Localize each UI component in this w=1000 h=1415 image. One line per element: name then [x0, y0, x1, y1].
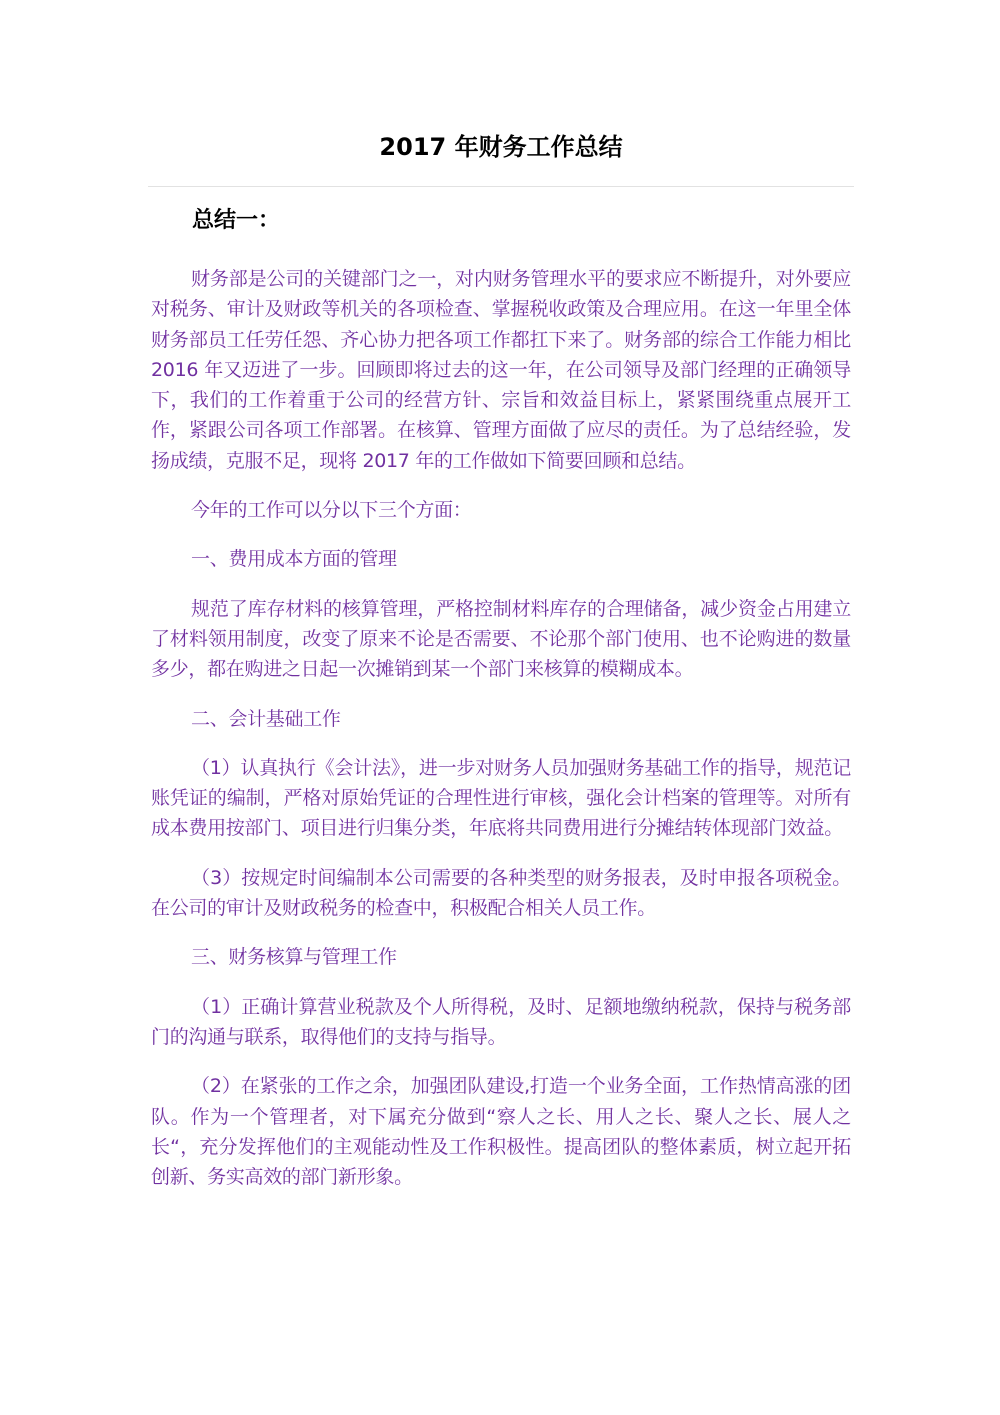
finance-item-2: （2）在紧张的工作之余，加强团队建设,打造一个业务全面，工作热情高涨的团队。作为…	[151, 1071, 851, 1192]
accounting-item-3: （3）按规定时间编制本公司需要的各种类型的财务报表，及时申报各项税金。在公司的审…	[151, 863, 851, 924]
subheading-accounting-basics: 二、会计基础工作	[151, 704, 851, 734]
subheading-finance-accounting: 三、财务核算与管理工作	[151, 942, 851, 972]
document-body: 财务部是公司的关键部门之一，对内财务管理水平的要求应不断提升，对外要应对税务、审…	[151, 264, 851, 1211]
finance-item-1: （1）正确计算营业税款及个人所得税，及时、足额地缴纳税款，保持与税务部门的沟通与…	[151, 992, 851, 1053]
cost-management-paragraph: 规范了库存材料的核算管理，严格控制材料库存的合理储备，减少资金占用建立了材料领用…	[151, 594, 851, 685]
intro-paragraph: 财务部是公司的关键部门之一，对内财务管理水平的要求应不断提升，对外要应对税务、审…	[151, 264, 851, 476]
document-title: 2017 年财务工作总结	[151, 130, 851, 164]
section-heading: 总结一：	[192, 205, 280, 237]
accounting-item-1: （1）认真执行《会计法》，进一步对财务人员加强财务基础工作的指导，规范记账凭证的…	[151, 753, 851, 844]
subheading-cost-management: 一、费用成本方面的管理	[151, 544, 851, 574]
title-divider	[148, 186, 854, 187]
overview-line: 今年的工作可以分以下三个方面：	[151, 495, 851, 525]
